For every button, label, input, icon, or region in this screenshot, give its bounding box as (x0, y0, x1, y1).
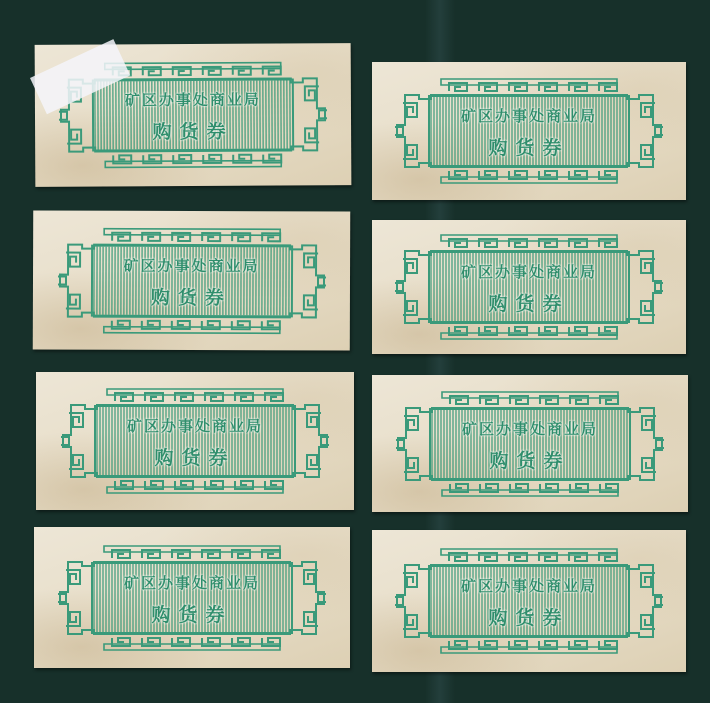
coupon: 矿区办事处商业局 购货券 (34, 527, 350, 668)
coupon-title: 购货券 (35, 116, 351, 145)
fret-border-frame (391, 231, 667, 343)
coupon-issuer: 矿区办事处商业局 (372, 261, 686, 282)
coupon-title: 购货券 (372, 133, 686, 160)
fret-border-frame (392, 388, 668, 500)
coupon: 矿区办事处商业局 购货券 (33, 210, 350, 350)
coupon-issuer: 矿区办事处商业局 (34, 572, 350, 593)
coupon-title: 购货券 (33, 282, 350, 310)
fret-border-frame (57, 385, 333, 497)
fret-border-frame (391, 545, 667, 657)
coupon-issuer: 矿区办事处商业局 (372, 105, 686, 126)
coupon: 矿区办事处商业局 购货券 (36, 372, 354, 510)
coupon: 矿区办事处商业局 购货券 (372, 375, 688, 512)
fret-border-frame (391, 75, 667, 187)
fret-border-frame (54, 542, 330, 654)
coupon: 矿区办事处商业局 购货券 (372, 530, 686, 672)
coupon-issuer: 矿区办事处商业局 (372, 575, 686, 596)
coupon-issuer: 矿区办事处商业局 (36, 415, 354, 436)
coupon-title: 购货券 (372, 603, 686, 630)
coupon: 矿区办事处商业局 购货券 (372, 62, 686, 200)
fret-border-frame (53, 224, 329, 337)
coupon-title: 购货券 (372, 446, 688, 473)
coupon-issuer: 矿区办事处商业局 (33, 254, 350, 276)
coupon: 矿区办事处商业局 购货券 (372, 220, 686, 354)
coupon-issuer: 矿区办事处商业局 (372, 418, 688, 439)
coupon-title: 购货券 (34, 600, 350, 627)
coupon-title: 购货券 (36, 443, 354, 470)
coupon-title: 购货券 (372, 289, 686, 316)
